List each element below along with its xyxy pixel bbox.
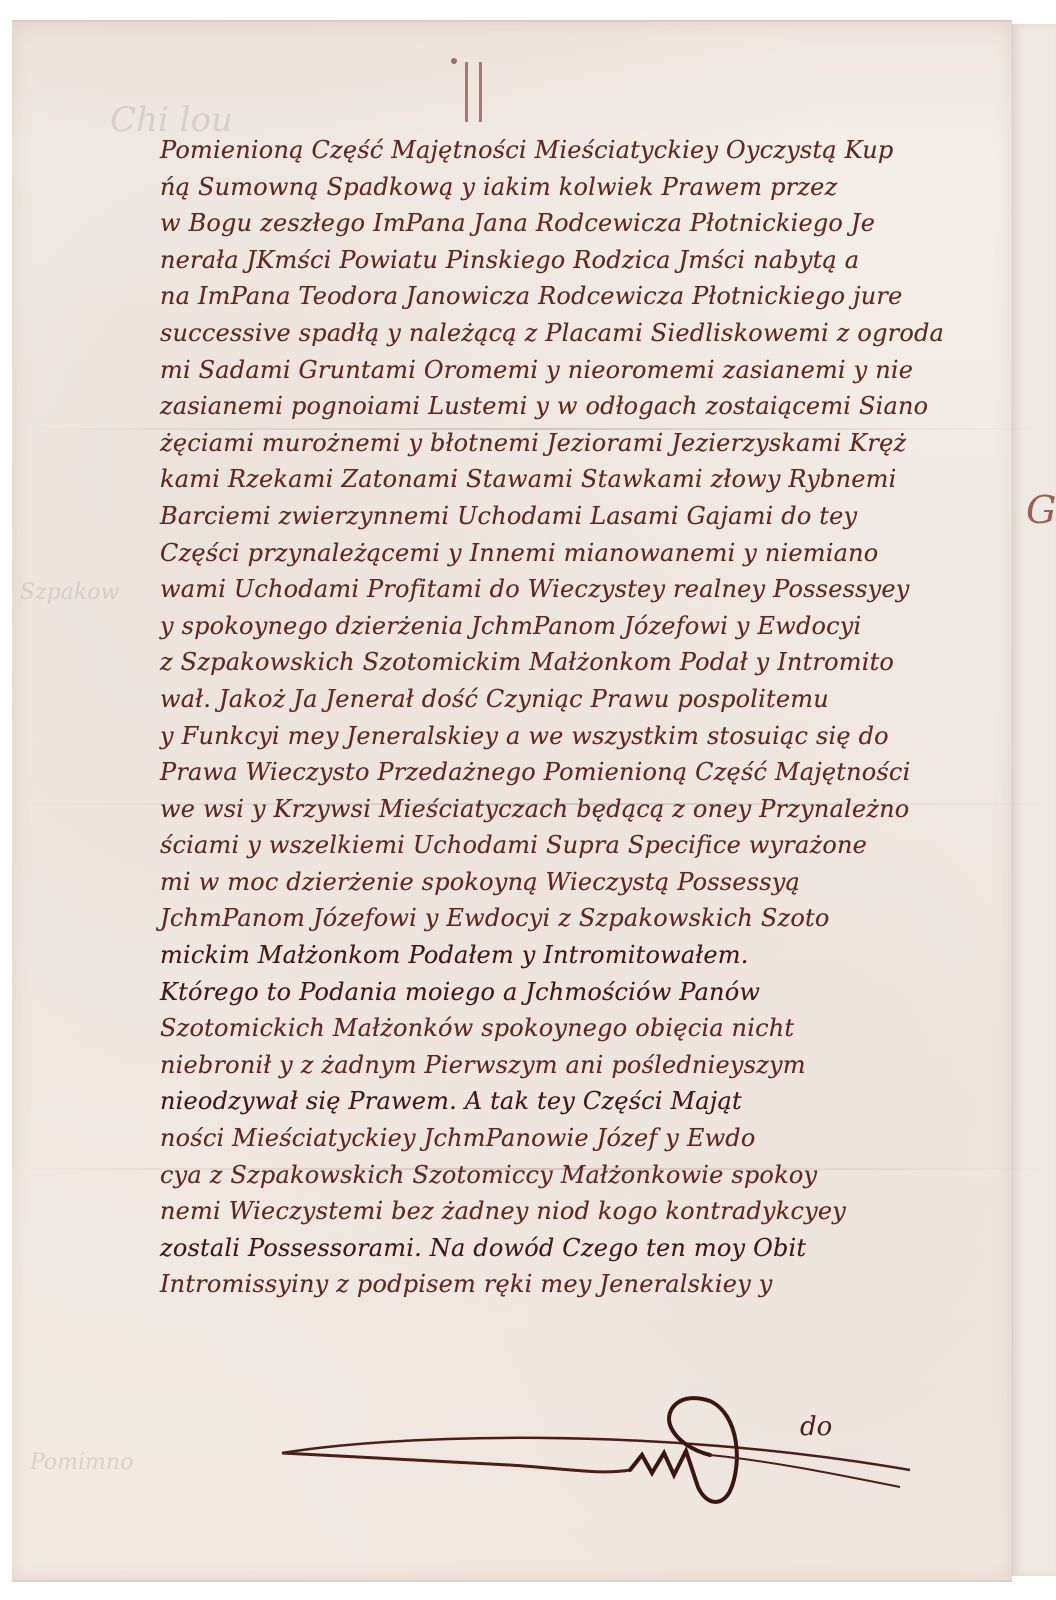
manuscript-line: Szotomickich Małżonków spokoynego obięci… <box>160 1010 990 1047</box>
adjacent-page-fragment: G <box>1026 490 1056 530</box>
signature-flourish <box>270 1395 930 1525</box>
manuscript-line: ściami y wszelkiemi Uchodami Supra Speci… <box>160 827 990 864</box>
manuscript-line: successive spadłą y należącą z Placami S… <box>160 315 990 352</box>
manuscript-line: JchmPanom Józefowi y Ewdocyi z Szpakowsk… <box>160 900 990 937</box>
manuscript-line: wał. Jakoż Ja Jenerał dość Czyniąc Prawu… <box>160 681 990 718</box>
ink-bleed-through: Szpakow <box>20 580 119 605</box>
manuscript-line: mi w moc dzierżenie spokoyną Wieczystą P… <box>160 864 990 901</box>
manuscript-line: kami Rzekami Zatonami Stawami Stawkami z… <box>160 461 990 498</box>
manuscript-line: Którego to Podania moiego a Jchmościów P… <box>160 974 990 1011</box>
margin-mark <box>455 58 495 128</box>
manuscript-line: we wsi y Krzywsi Mieściatyczach będącą z… <box>160 791 990 828</box>
manuscript-line: mickim Małżonkom Podałem y Intromitowałe… <box>160 937 990 974</box>
manuscript-line: nerała JKmści Powiatu Pinskiego Rodzica … <box>160 242 990 279</box>
manuscript-line: Części przynależącemi y Innemi mianowane… <box>160 535 990 572</box>
manuscript-line: zostali Possessorami. Na dowód Czego ten… <box>160 1230 990 1267</box>
manuscript-line: cya z Szpakowskich Szotomiccy Małżonkowi… <box>160 1157 990 1194</box>
manuscript-body: Pomienioną Część Majętności Mieściatycki… <box>160 132 990 1303</box>
manuscript-line: ności Mieściatyckiey JchmPanowie Józef y… <box>160 1120 990 1157</box>
adjacent-page-edge <box>1012 24 1056 1576</box>
manuscript-line: Prawa Wieczysto Przedażnego Pomienioną C… <box>160 754 990 791</box>
manuscript-line: niebronił y z żadnym Pierwszym ani pośle… <box>160 1047 990 1084</box>
manuscript-line: nemi Wieczystemi bez żadney niod kogo ko… <box>160 1193 990 1230</box>
manuscript-line: z Szpakowskich Szotomickim Małżonkom Pod… <box>160 644 990 681</box>
manuscript-line: Barciemi zwierzynnemi Uchodami Lasami Ga… <box>160 498 990 535</box>
ink-bleed-through: Pomimno <box>30 1450 133 1475</box>
manuscript-line: y spokoynego dzierżenia JchmPanom Józefo… <box>160 608 990 645</box>
manuscript-line: Pomienioną Część Majętności Mieściatycki… <box>160 132 990 169</box>
margin-stroke <box>465 62 468 122</box>
manuscript-line: mi Sadami Gruntami Oromemi y nieoromemi … <box>160 352 990 389</box>
manuscript-line: żęciami murożnemi y błotnemi Jeziorami J… <box>160 425 990 462</box>
manuscript-line: na ImPana Teodora Janowicza Rodcewicza P… <box>160 278 990 315</box>
manuscript-line: zasianemi pognoiami Lustemi y w odłogach… <box>160 388 990 425</box>
manuscript-line: ńą Sumowną Spadkową y iakim kolwiek Praw… <box>160 169 990 206</box>
margin-stroke <box>479 62 482 122</box>
manuscript-line: Intromissyiny z podpisem ręki mey Jenera… <box>160 1266 990 1303</box>
ink-dot <box>451 58 457 64</box>
manuscript-line: wami Uchodami Profitami do Wieczystey re… <box>160 571 990 608</box>
manuscript-line: w Bogu zeszłego ImPana Jana Rodcewicza P… <box>160 205 990 242</box>
manuscript-line: nieodzywał się Prawem. A tak tey Części … <box>160 1083 990 1120</box>
manuscript-line: y Funkcyi mey Jeneralskiey a we wszystki… <box>160 718 990 755</box>
